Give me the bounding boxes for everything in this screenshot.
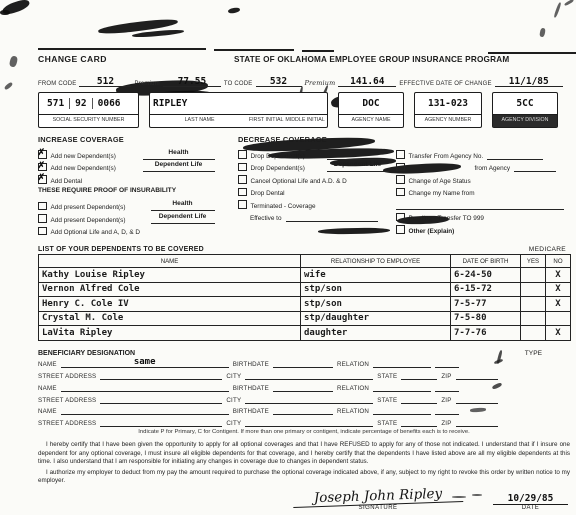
ssn-part1: 571 (42, 98, 69, 109)
agency-number-value: 131-023 (415, 93, 481, 115)
checkbox (396, 175, 405, 184)
dependent-name: Vernon Alfred Cole (39, 282, 301, 297)
dependents-table: NAME RELATIONSHIP TO EMPLOYEE DATE OF BI… (38, 254, 571, 341)
date-value: 10/29/85 (493, 493, 568, 505)
relation-label: RELATION (337, 385, 369, 392)
checkbox (38, 227, 47, 236)
fill-line (273, 404, 333, 415)
street-label: STREET ADDRESS (38, 373, 96, 380)
checkbox-label: Add present Dependent(s) (51, 217, 147, 224)
checkbox-row: Other (Explain) (396, 222, 570, 235)
city-label: CITY (226, 373, 241, 380)
fill-value: Health (143, 149, 215, 160)
form-content: CHANGE CARD STATE OF OKLAHOMA EMPLOYEE G… (38, 54, 570, 511)
checkbox-label: Add present Dependent(s) (51, 204, 147, 211)
ssn-part3: 0066 (92, 98, 126, 109)
scan-artifact (0, 10, 10, 15)
fill-line (456, 416, 498, 427)
checkbox: ✗ (38, 175, 47, 184)
fill-line (245, 393, 373, 404)
dependent-name: Henry C. Cole IV (39, 297, 301, 312)
fill-line (100, 369, 222, 380)
table-row: Crystal M. Cole stp/daughter 7-5-80 (39, 311, 571, 326)
checkbox (396, 188, 405, 197)
code-line: FROM CODE 512 Premium 77.55 TO CODE 532 … (38, 70, 570, 87)
fill-line (396, 199, 564, 210)
checkbox (38, 214, 47, 223)
fill-line (401, 369, 437, 380)
beneficiary-address-row: STREET ADDRESS CITY STATE ZIP (38, 415, 570, 427)
certification-text: I hereby certify that I have been given … (38, 441, 570, 486)
birthdate-label: BIRTHDATE (233, 385, 269, 392)
agency-division-box: 5CC AGENCY DIVISION (492, 92, 558, 128)
check-mark: ✗ (38, 172, 46, 183)
agency-name-value: DOC (339, 93, 403, 115)
checkbox-label: Add Dental (51, 178, 83, 185)
decrease-title: DECREASE COVERAGE (238, 135, 396, 147)
signature-block: Joseph John Ripley SIGNATURE (293, 488, 463, 511)
zip-label: ZIP (441, 397, 451, 404)
proof-subtitle: THESE REQUIRE PROOF OF INSURABILITY (38, 185, 238, 199)
fill-line (245, 369, 373, 380)
changes-column: Transfer From Agency No. from Agency Cha… (396, 135, 570, 236)
fill-line (273, 357, 333, 368)
scan-artifact (302, 50, 334, 52)
dependent-relationship: daughter (301, 326, 451, 341)
beneficiary-name-row: NAME same BIRTHDATE RELATION (38, 357, 570, 369)
checkbox (238, 200, 247, 209)
zip-label: ZIP (441, 420, 451, 427)
name-label: NAME (38, 361, 57, 368)
dependent-dob: 6-24-50 (451, 268, 521, 283)
zip-label: ZIP (441, 373, 451, 380)
middle-initial-label: MIDDLE INITIAL (285, 118, 325, 124)
checkbox-label: Change of Age Status (409, 178, 471, 185)
beneficiary-address-row: STREET ADDRESS CITY STATE ZIP (38, 392, 570, 404)
effective-to-label: Effective to (250, 215, 282, 222)
dependent-relationship: wife (301, 268, 451, 283)
date-block: 10/29/85 DATE (493, 493, 568, 511)
checkbox (238, 163, 247, 172)
checkbox (396, 150, 405, 159)
check-mark: ✗ (38, 160, 46, 171)
dependent-relationship: stp/son (301, 297, 451, 312)
checkbox (238, 150, 247, 159)
checkbox-label: Add Optional Life and A, D, & D (51, 229, 141, 236)
medicare-no: X (546, 268, 571, 283)
beneficiary-title: BENEFICIARY DESIGNATION (38, 350, 135, 357)
name-box: RIPLEY LAST NAME FIRST INITIAL MIDDLE IN… (149, 92, 328, 128)
last-name-value: RIPLEY (150, 93, 327, 115)
premium1-value: 77.55 (163, 76, 221, 87)
scan-artifact (539, 28, 546, 38)
checkbox-label: Add new Dependent(s) (51, 165, 139, 172)
birthdate-label: BIRTHDATE (233, 408, 269, 415)
beneficiary-section: BENEFICIARY DESIGNATION TYPE NAME same B… (38, 346, 570, 439)
checkbox-row: Drop Dependent(s) Dependent Life (238, 160, 396, 173)
medicare-label: MEDICARE (529, 246, 566, 253)
checkbox-label: from Agency (409, 165, 511, 172)
col-medicare-no: NO (546, 255, 571, 268)
scan-artifact (214, 49, 294, 51)
medicare-no: X (546, 282, 571, 297)
table-row: Vernon Alfred Cole stp/son 6-15-72 X (39, 282, 571, 297)
premium1-label: Premium (134, 81, 159, 87)
to-code-value: 532 (256, 76, 302, 87)
certification-paragraph-1: I hereby certify that I have been given … (38, 441, 570, 467)
checkbox (396, 213, 405, 222)
checkbox-row: Drop Dependent(s) (238, 147, 396, 160)
checkbox-row: ✗ Add new Dependent(s) Health (38, 147, 238, 160)
type-fill-line (435, 381, 459, 392)
name-labels: LAST NAME FIRST INITIAL MIDDLE INITIAL (150, 115, 327, 127)
beneficiary-name-value (61, 404, 229, 415)
checkbox-label: Drop Dental (251, 190, 285, 197)
certification-paragraph-2: I authorize my employer to deduct from m… (38, 469, 570, 486)
checkbox-label: Transfer From Agency No. (409, 153, 484, 160)
ssn-box: 571 92 0066 SOCIAL SECURITY NUMBER (38, 92, 139, 128)
name-label: NAME (38, 408, 57, 415)
city-label: CITY (226, 420, 241, 427)
checkbox-row: Add present Dependent(s) Health (38, 199, 238, 212)
first-initial-label: FIRST INITIAL (247, 118, 285, 124)
dependent-name: Kathy Louise Ripley (39, 268, 301, 283)
medicare-no (546, 311, 571, 326)
col-name: NAME (39, 255, 301, 268)
checkbox-label: Cancel Optional Life and A.D. & D (251, 178, 347, 185)
medicare-no: X (546, 326, 571, 341)
medicare-yes (521, 297, 546, 312)
checkbox-row: ✗ Add Dental (38, 172, 238, 185)
from-code-label: FROM CODE (38, 81, 76, 87)
checkbox-label: Other (Explain) (409, 228, 455, 235)
effective-date-value: 11/1/85 (495, 76, 563, 87)
fill-value: Dependent Life (327, 161, 389, 172)
scan-artifact (564, 0, 574, 6)
program-title: STATE OF OKLAHOMA EMPLOYEE GROUP INSURAN… (234, 55, 509, 64)
checkbox (238, 175, 247, 184)
premium2-value: 141.64 (338, 76, 396, 87)
dependent-relationship: stp/daughter (301, 311, 451, 326)
beneficiary-note: Indicate P for Primary, C for Contigent.… (38, 429, 570, 438)
dependent-dob: 7-7-76 (451, 326, 521, 341)
beneficiary-address-row: STREET ADDRESS CITY STATE ZIP (38, 368, 570, 380)
checkbox-row: Terminated - Coverage (238, 197, 396, 210)
street-label: STREET ADDRESS (38, 420, 96, 427)
name-label: NAME (38, 385, 57, 392)
card-title: CHANGE CARD (38, 54, 234, 64)
table-row: Henry C. Cole IV stp/son 7-5-77 X (39, 297, 571, 312)
fill-line (401, 416, 437, 427)
checkbox-row: Add Optional Life and A, D, & D (38, 224, 238, 237)
fill-line (487, 149, 543, 160)
fill-value: Dependent Life (143, 161, 215, 172)
checkbox: ✗ (38, 150, 47, 159)
fill-line (373, 357, 431, 368)
dependent-name: Crystal M. Cole (39, 311, 301, 326)
checkbox-label: Change my Name from (409, 190, 475, 197)
checkbox-row: from Agency (396, 160, 570, 173)
checkbox-label: Pending - Transfer TO 999 (409, 215, 484, 222)
form-header: CHANGE CARD STATE OF OKLAHOMA EMPLOYEE G… (38, 54, 570, 68)
checkbox (238, 188, 247, 197)
checkbox-row: Pending - Transfer TO 999 (396, 210, 570, 223)
fill-line (456, 369, 498, 380)
checkbox-label: Drop Dependent(s) (251, 165, 323, 172)
state-label: STATE (377, 420, 397, 427)
agency-division-label: AGENCY DIVISION (493, 115, 557, 127)
ssn-label: SOCIAL SECURITY NUMBER (39, 115, 138, 127)
agency-division-value: 5CC (493, 93, 557, 115)
birthdate-label: BIRTHDATE (233, 361, 269, 368)
beneficiary-header: BENEFICIARY DESIGNATION TYPE (38, 346, 570, 357)
to-code-label: TO CODE (224, 81, 253, 87)
check-mark: ✗ (38, 147, 46, 158)
fill-line (401, 393, 437, 404)
col-dob: DATE OF BIRTH (451, 255, 521, 268)
fill-line (273, 381, 333, 392)
signature-row: Joseph John Ripley SIGNATURE 10/29/85 DA… (38, 488, 570, 511)
dependent-dob: 7-5-77 (451, 297, 521, 312)
agency-name-label: AGENCY NAME (339, 115, 403, 127)
beneficiary-name-value (61, 381, 229, 392)
checkbox-row: Change my Name from (396, 185, 570, 198)
checkbox-row: Add present Dependent(s) Dependent Life (38, 211, 238, 224)
table-row: Kathy Louise Ripley wife 6-24-50 X (39, 268, 571, 283)
increase-coverage-column: INCREASE COVERAGE ✗ Add new Dependent(s)… (38, 135, 238, 236)
change-card-scan: CHANGE CARD STATE OF OKLAHOMA EMPLOYEE G… (0, 0, 576, 515)
dependent-relationship: stp/son (301, 282, 451, 297)
col-relationship: RELATIONSHIP TO EMPLOYEE (301, 255, 451, 268)
medicare-yes (521, 311, 546, 326)
effective-date-label: EFFECTIVE DATE OF CHANGE (399, 81, 491, 87)
ssn-value: 571 92 0066 (39, 93, 138, 115)
medicare-yes (521, 282, 546, 297)
checkbox-label: Terminated - Coverage (251, 203, 316, 210)
scan-artifact (228, 7, 241, 14)
fill-line (456, 393, 498, 404)
medicare-no: X (546, 297, 571, 312)
premium2-label: Premium (305, 79, 336, 87)
table-row: LaVita Ripley daughter 7-7-76 X (39, 326, 571, 341)
from-code-value: 512 (79, 76, 131, 87)
effective-to-row: Effective to (238, 210, 396, 223)
last-name-label: LAST NAME (152, 118, 247, 124)
checkbox-row: Drop Dental (238, 185, 396, 198)
fill-line (100, 416, 222, 427)
checkbox-row: ✗ Add new Dependent(s) Dependent Life (38, 160, 238, 173)
id-boxes: 571 92 0066 SOCIAL SECURITY NUMBER RIPLE… (38, 92, 570, 128)
state-label: STATE (377, 373, 397, 380)
scan-artifact (553, 2, 561, 18)
dependents-title: LIST OF YOUR DEPENDENTS TO BE COVERED (38, 246, 204, 253)
increase-title: INCREASE COVERAGE (38, 135, 238, 147)
state-label: STATE (377, 397, 397, 404)
beneficiary-name-value: same (61, 357, 229, 368)
fill-line (327, 149, 387, 160)
fill-line (286, 211, 378, 222)
dependent-name: LaVita Ripley (39, 326, 301, 341)
table-header-row: NAME RELATIONSHIP TO EMPLOYEE DATE OF BI… (39, 255, 571, 268)
scan-artifact (4, 82, 13, 91)
city-label: CITY (226, 397, 241, 404)
dependent-dob: 7-5-80 (451, 311, 521, 326)
dependent-dob: 6-15-72 (451, 282, 521, 297)
checkbox-label: Drop Dependent(s) (251, 153, 323, 160)
scan-artifact (9, 55, 19, 67)
fill-value: Health (151, 200, 215, 211)
fill-line (100, 393, 222, 404)
type-fill-line (435, 357, 459, 368)
agency-number-label: AGENCY NUMBER (415, 115, 481, 127)
checkbox-label: Add new Dependent(s) (51, 153, 139, 160)
dependents-section: LIST OF YOUR DEPENDENTS TO BE COVERED ME… (38, 242, 570, 341)
medicare-yes (521, 326, 546, 341)
scan-artifact (38, 48, 206, 50)
checkbox-row: Transfer From Agency No. (396, 147, 570, 160)
medicare-yes (521, 268, 546, 283)
checkbox: ✗ (38, 163, 47, 172)
relation-label: RELATION (337, 408, 369, 415)
coverage-section: INCREASE COVERAGE ✗ Add new Dependent(s)… (38, 135, 570, 236)
date-label: DATE (493, 505, 568, 511)
type-fill-line (435, 404, 459, 415)
checkbox (38, 202, 47, 211)
agency-name-box: DOC AGENCY NAME (338, 92, 404, 128)
ssn-part2: 92 (69, 98, 91, 109)
beneficiary-name-row: NAME BIRTHDATE RELATION (38, 380, 570, 392)
checkbox (396, 225, 405, 234)
checkbox-row: Cancel Optional Life and A.D. & D (238, 172, 396, 185)
decrease-coverage-column: DECREASE COVERAGE Drop Dependent(s) Drop… (238, 135, 396, 236)
fill-line (514, 161, 556, 172)
fill-line (245, 416, 373, 427)
fill-value: Dependent Life (151, 213, 215, 224)
beneficiary-name-row: NAME BIRTHDATE RELATION (38, 404, 570, 416)
fill-line (373, 404, 431, 415)
type-label: TYPE (525, 350, 542, 357)
name-change-line (396, 197, 570, 210)
checkbox-row: Change of Age Status (396, 172, 570, 185)
street-label: STREET ADDRESS (38, 397, 96, 404)
dependents-header: LIST OF YOUR DEPENDENTS TO BE COVERED ME… (38, 242, 570, 253)
agency-number-box: 131-023 AGENCY NUMBER (414, 92, 482, 128)
relation-label: RELATION (337, 361, 369, 368)
checkbox (396, 163, 405, 172)
fill-line (373, 381, 431, 392)
col-medicare-yes: YES (521, 255, 546, 268)
